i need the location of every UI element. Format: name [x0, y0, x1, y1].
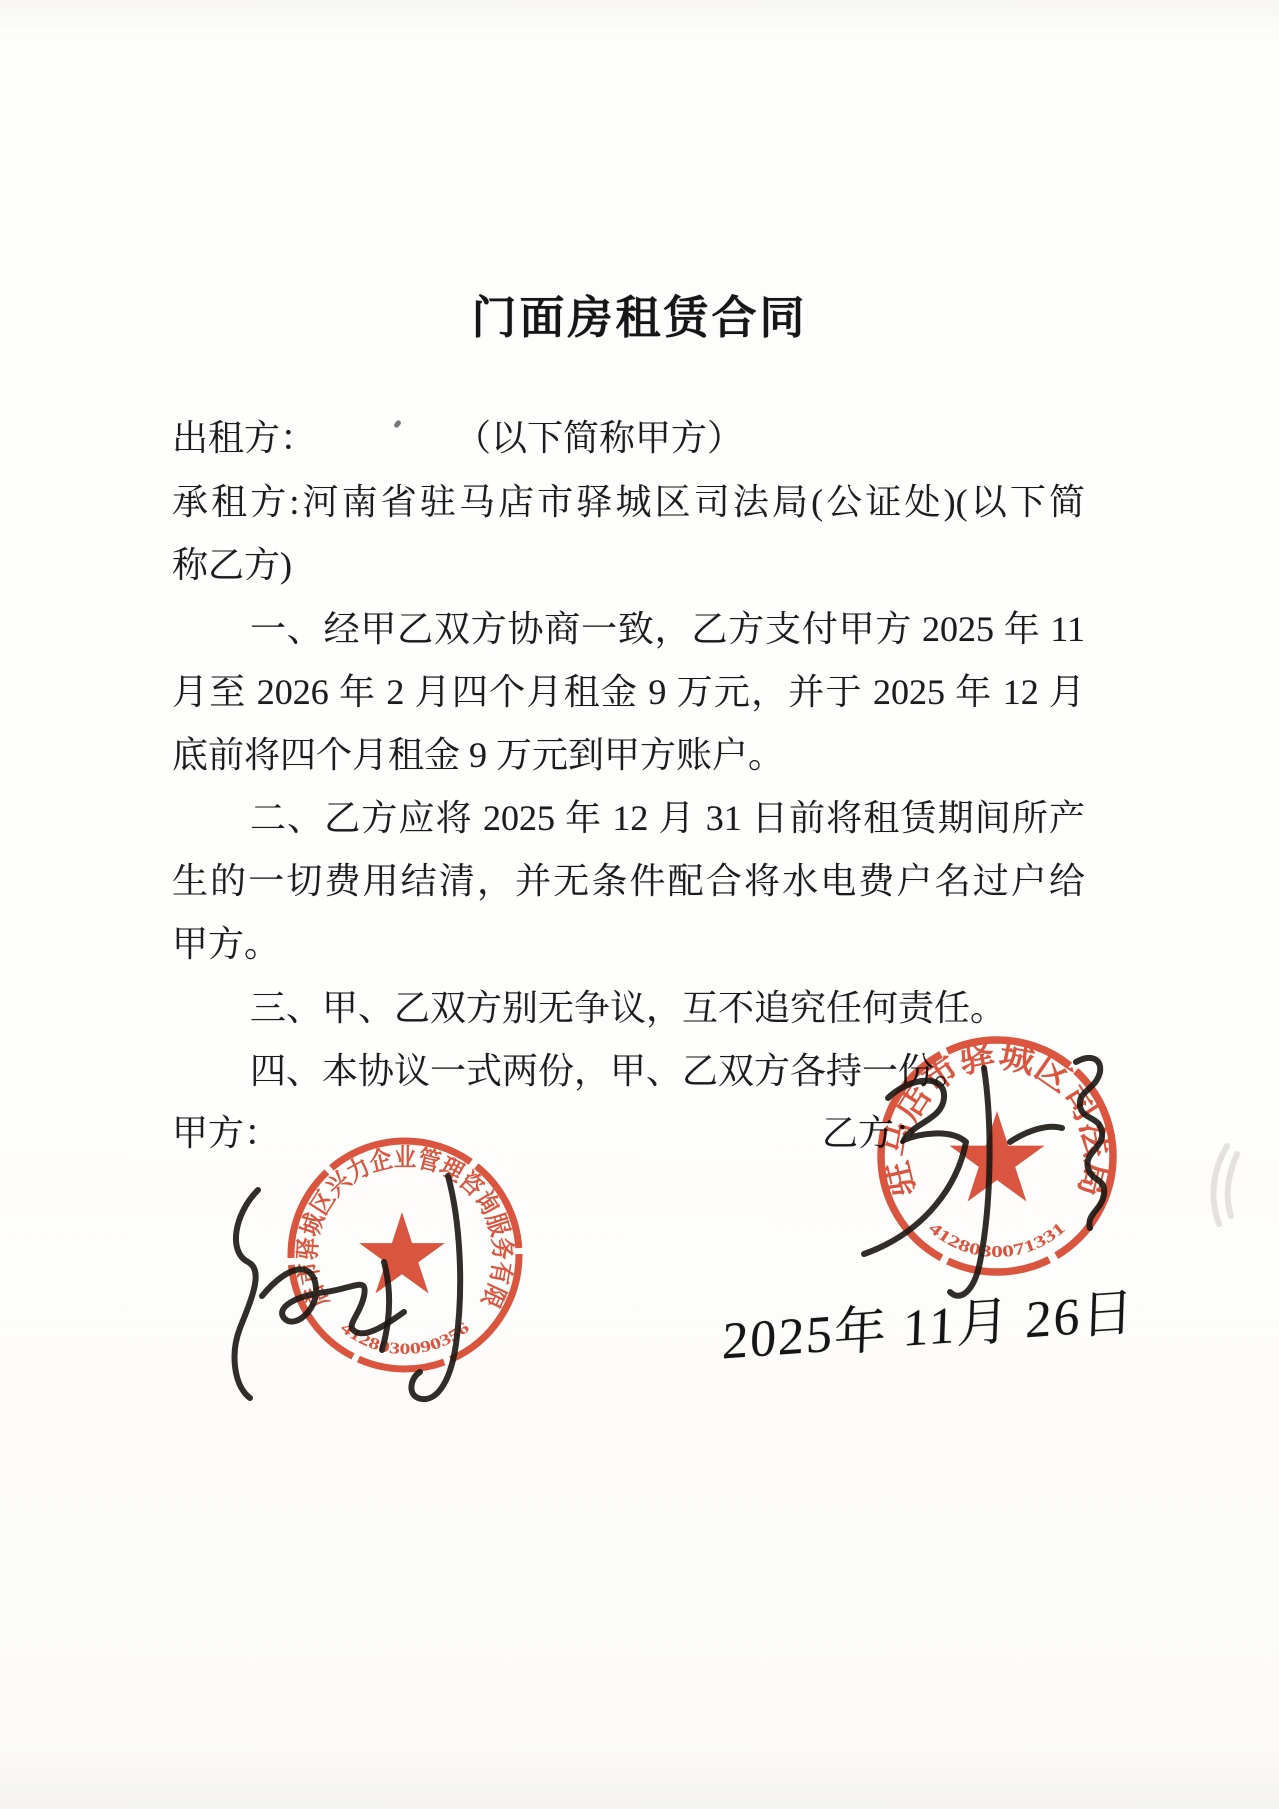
clause-2-line-3: 甲方。 — [172, 921, 1085, 967]
lessee-line-2: 称乙方) — [172, 542, 1085, 588]
clause-1-line-3: 底前将四个月租金 9 万元到甲方账户。 — [172, 732, 1085, 778]
clause-1-line-1: 一、经甲乙双方协商一致，乙方支付甲方 2025 年 11 — [172, 606, 1085, 652]
clause-2-line-2: 生的一切费用结清，并无条件配合将水电费户名过户给 — [172, 858, 1085, 904]
party-b-signature — [845, 1045, 1120, 1310]
scan-smudge — [1195, 1140, 1245, 1230]
lessor-line: 出租方： （以下简称甲方） — [172, 415, 1085, 461]
contract-title: 门面房租赁合同 — [0, 281, 1279, 346]
lessor-note: （以下简称甲方） — [455, 415, 743, 461]
clause-3-line: 三、甲、乙双方别无争议，互不追究任何责任。 — [172, 985, 1085, 1031]
clause-1-line-2: 月至 2026 年 2 月四个月租金 9 万元，并于 2025 年 12 月 — [172, 669, 1085, 715]
lessee-line: 承租方:河南省驻马店市驿城区司法局(公证处)(以下简 — [172, 479, 1085, 525]
lessor-label: 出租方： — [172, 418, 316, 458]
party-a-sign-label: 甲方： — [172, 1110, 280, 1156]
clause-2-line-1: 二、乙方应将 2025 年 12 月 31 日前将租赁期间所产 — [172, 795, 1085, 841]
party-a-signature — [215, 1160, 495, 1415]
contract-page: 门面房租赁合同 出租方： （以下简称甲方） 承租方:河南省驻马店市驿城区司法局(… — [0, 0, 1279, 1809]
